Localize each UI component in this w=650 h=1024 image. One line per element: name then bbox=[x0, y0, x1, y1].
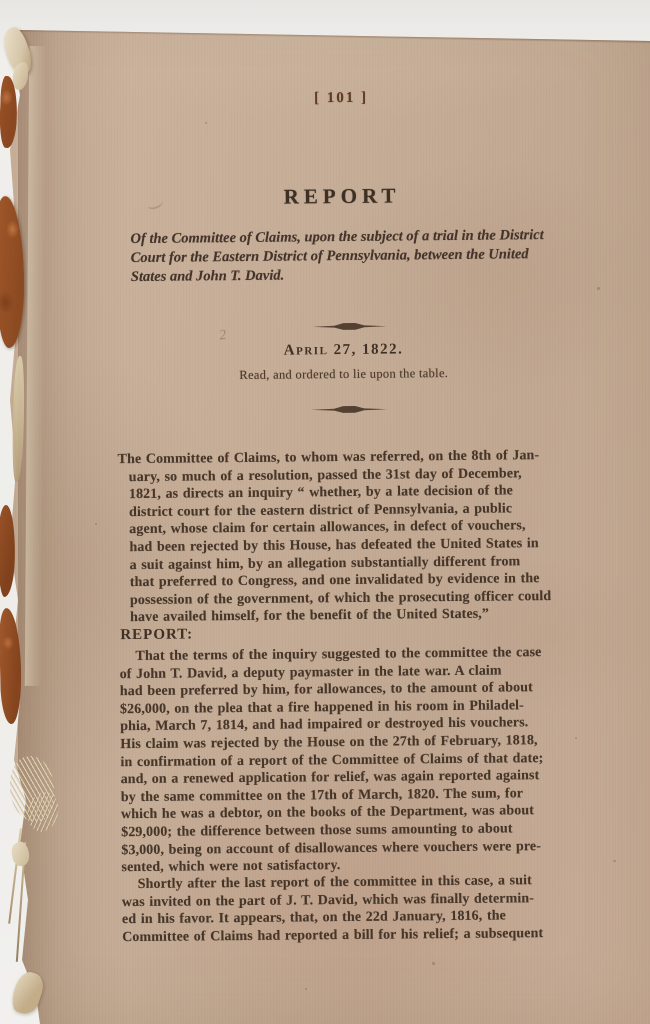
section-divider-ornament-icon bbox=[311, 401, 387, 420]
scanned-document: [ 101 ] REPORT Of the Committee of Claim… bbox=[0, 0, 650, 1024]
report-heading: REPORT: bbox=[120, 626, 193, 644]
report-title: REPORT bbox=[117, 182, 567, 211]
paragraph-referral: The Committee of Claims, to whom was ref… bbox=[118, 447, 590, 627]
paragraph-suit: Shortly after the last report of the com… bbox=[122, 872, 593, 947]
paragraph-findings: That the terms of the inquiry suggested … bbox=[119, 644, 591, 877]
order-note: Read, and ordered to lie upon the table. bbox=[119, 365, 569, 384]
page-content: [ 101 ] REPORT Of the Committee of Claim… bbox=[0, 0, 650, 1024]
section-divider-ornament-icon bbox=[312, 318, 386, 337]
date-line: April 27, 1822. bbox=[118, 340, 568, 361]
report-subtitle: Of the Committee of Claims, upon the sub… bbox=[130, 226, 579, 287]
pencil-mark: 2 bbox=[218, 328, 227, 345]
page-number: [ 101 ] bbox=[116, 88, 566, 109]
